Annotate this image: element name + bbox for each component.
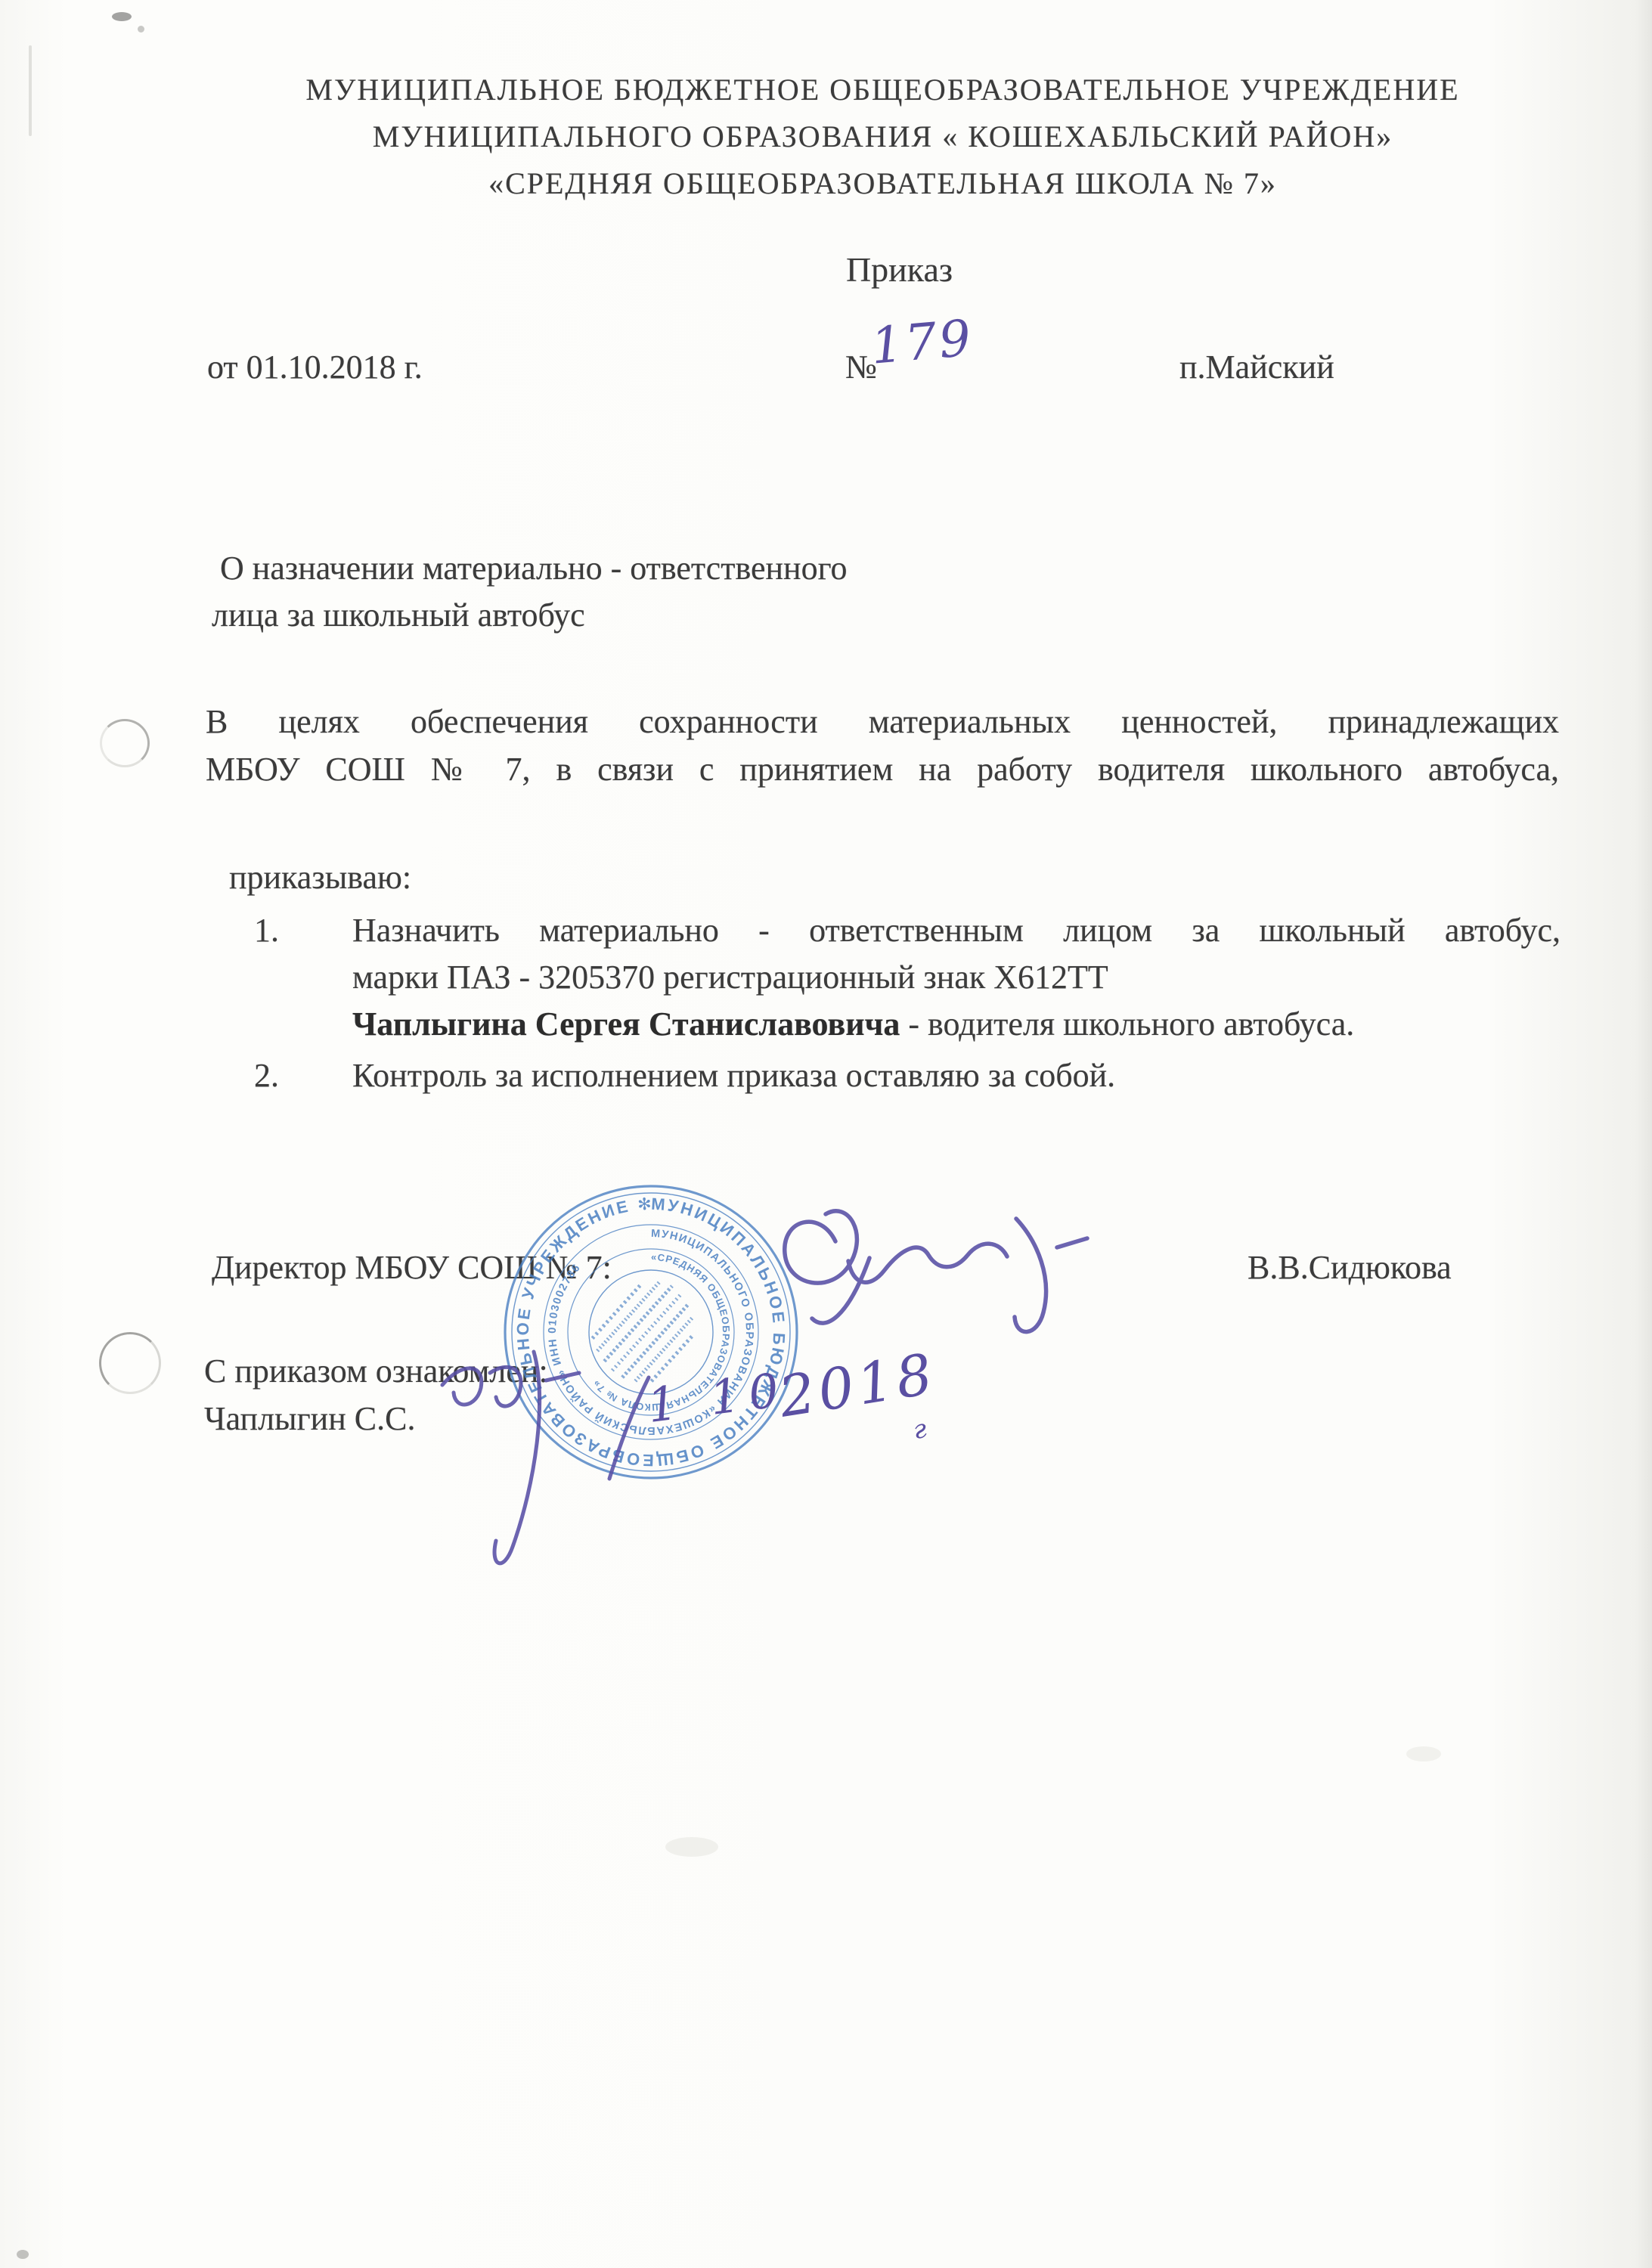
acknowledger-signature bbox=[442, 1352, 649, 1563]
director-signature bbox=[0, 0, 1652, 2268]
scanned-order-document: МУНИЦИПАЛЬНОЕ БЮДЖЕТНОЕ ОБЩЕОБРАЗОВАТЕЛЬ… bbox=[0, 0, 1652, 2268]
